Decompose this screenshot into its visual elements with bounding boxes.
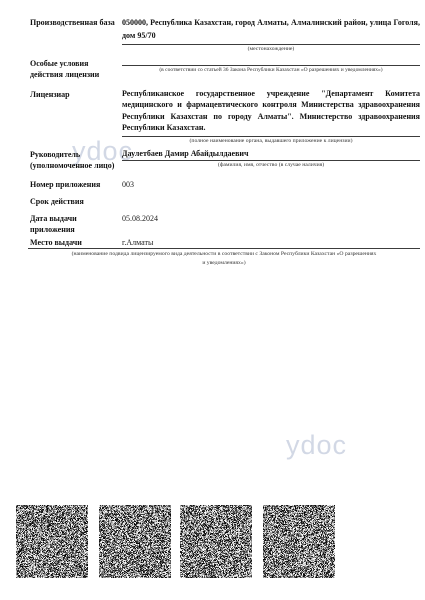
activity-type-caption: (наименование подвида лицензируемого вид… [28,250,420,268]
field-value-appendix-number: 003 [122,179,420,190]
head-name-text: Даулетбаев Дамир Абайдылдаевич [122,148,420,161]
field-value-head: Даулетбаев Дамир Абайдылдаевич (фамилия,… [122,148,420,170]
underline [122,44,420,45]
field-label-issue-date: Дата выдачи приложения [30,213,125,235]
qr-stamp-4 [263,505,335,578]
field-value-issue-date: 05.08.2024 [122,213,420,224]
production-base-caption: (местонахождение) [122,46,420,54]
field-label-validity: Срок действия [30,196,125,207]
qr-stamp-1 [16,505,88,578]
field-value-issue-place: г.Алматы [122,237,420,248]
qr-stamp-3 [180,505,252,578]
underline [122,136,420,137]
qr-stamp-2 [99,505,171,578]
field-value-licensor: Республиканское государственное учрежден… [122,88,420,145]
full-width-underline [28,248,420,249]
license-appendix-document: ydoc ydoc Производственная база 050000, … [0,0,425,600]
watermark-ydoc: ydoc [286,430,347,461]
underline [122,65,420,66]
special-conditions-caption: (в соответствии со статьей 36 Закона Рес… [122,67,420,75]
field-label-special-conditions: Особые условия действия лицензии [30,58,125,80]
licensor-caption: (полное наименование органа, выдавшего п… [122,138,420,146]
field-value-production-base: 050000, Республика Казахстан, город Алма… [122,16,420,54]
field-label-licensor: Лицензиар [30,89,125,100]
field-label-production-base: Производственная база [30,17,125,28]
field-label-issue-place: Место выдачи [30,237,125,248]
field-label-appendix-number: Номер приложения [30,179,125,190]
production-base-text: 050000, Республика Казахстан, город Алма… [122,16,420,42]
field-value-special-conditions: (в соответствии со статьей 36 Закона Рес… [122,65,420,75]
licensor-text: Республиканское государственное учрежден… [122,88,420,134]
field-label-head: Руководитель (уполномоченное лицо) [30,149,125,171]
head-caption: (фамилия, имя, отчество (в случае наличи… [122,162,420,170]
